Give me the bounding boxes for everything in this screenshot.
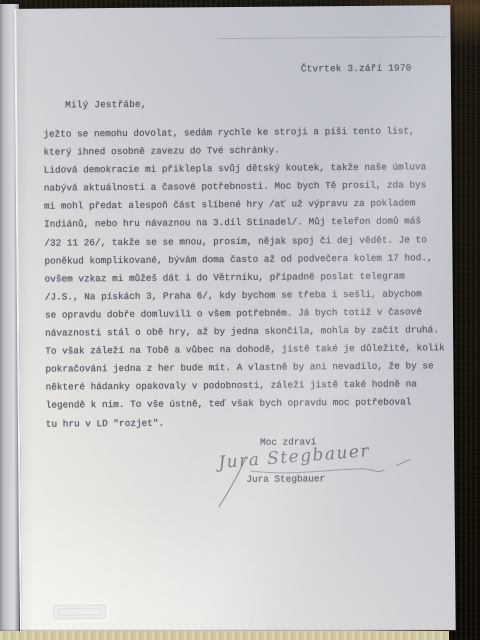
body-line: legendě k nim. To vše ústně, teď však by… xyxy=(46,394,446,416)
binder-band xyxy=(0,631,449,640)
inner-paper-edge xyxy=(216,36,446,39)
letter-body: ježto se nemohu dovolat, sedám rychle ke… xyxy=(43,122,445,433)
letter-salutation: Milý Jestřábe, xyxy=(65,99,147,111)
body-line: tu hru v LD "rozjet". xyxy=(46,412,446,434)
desk-background: Čtvrtek 3.září 1970 Milý Jestřábe, ježto… xyxy=(0,0,480,640)
letter-date: Čtvrtek 3.září 1970 xyxy=(301,62,412,74)
typed-signature: Jura Stegbauer xyxy=(246,473,325,485)
plastic-sleeve: Čtvrtek 3.září 1970 Milý Jestřábe, ježto… xyxy=(14,5,455,634)
body-line: ježto se nemohu dovolat, sedám rychle ke… xyxy=(43,122,443,144)
embossed-stamp xyxy=(51,603,107,620)
